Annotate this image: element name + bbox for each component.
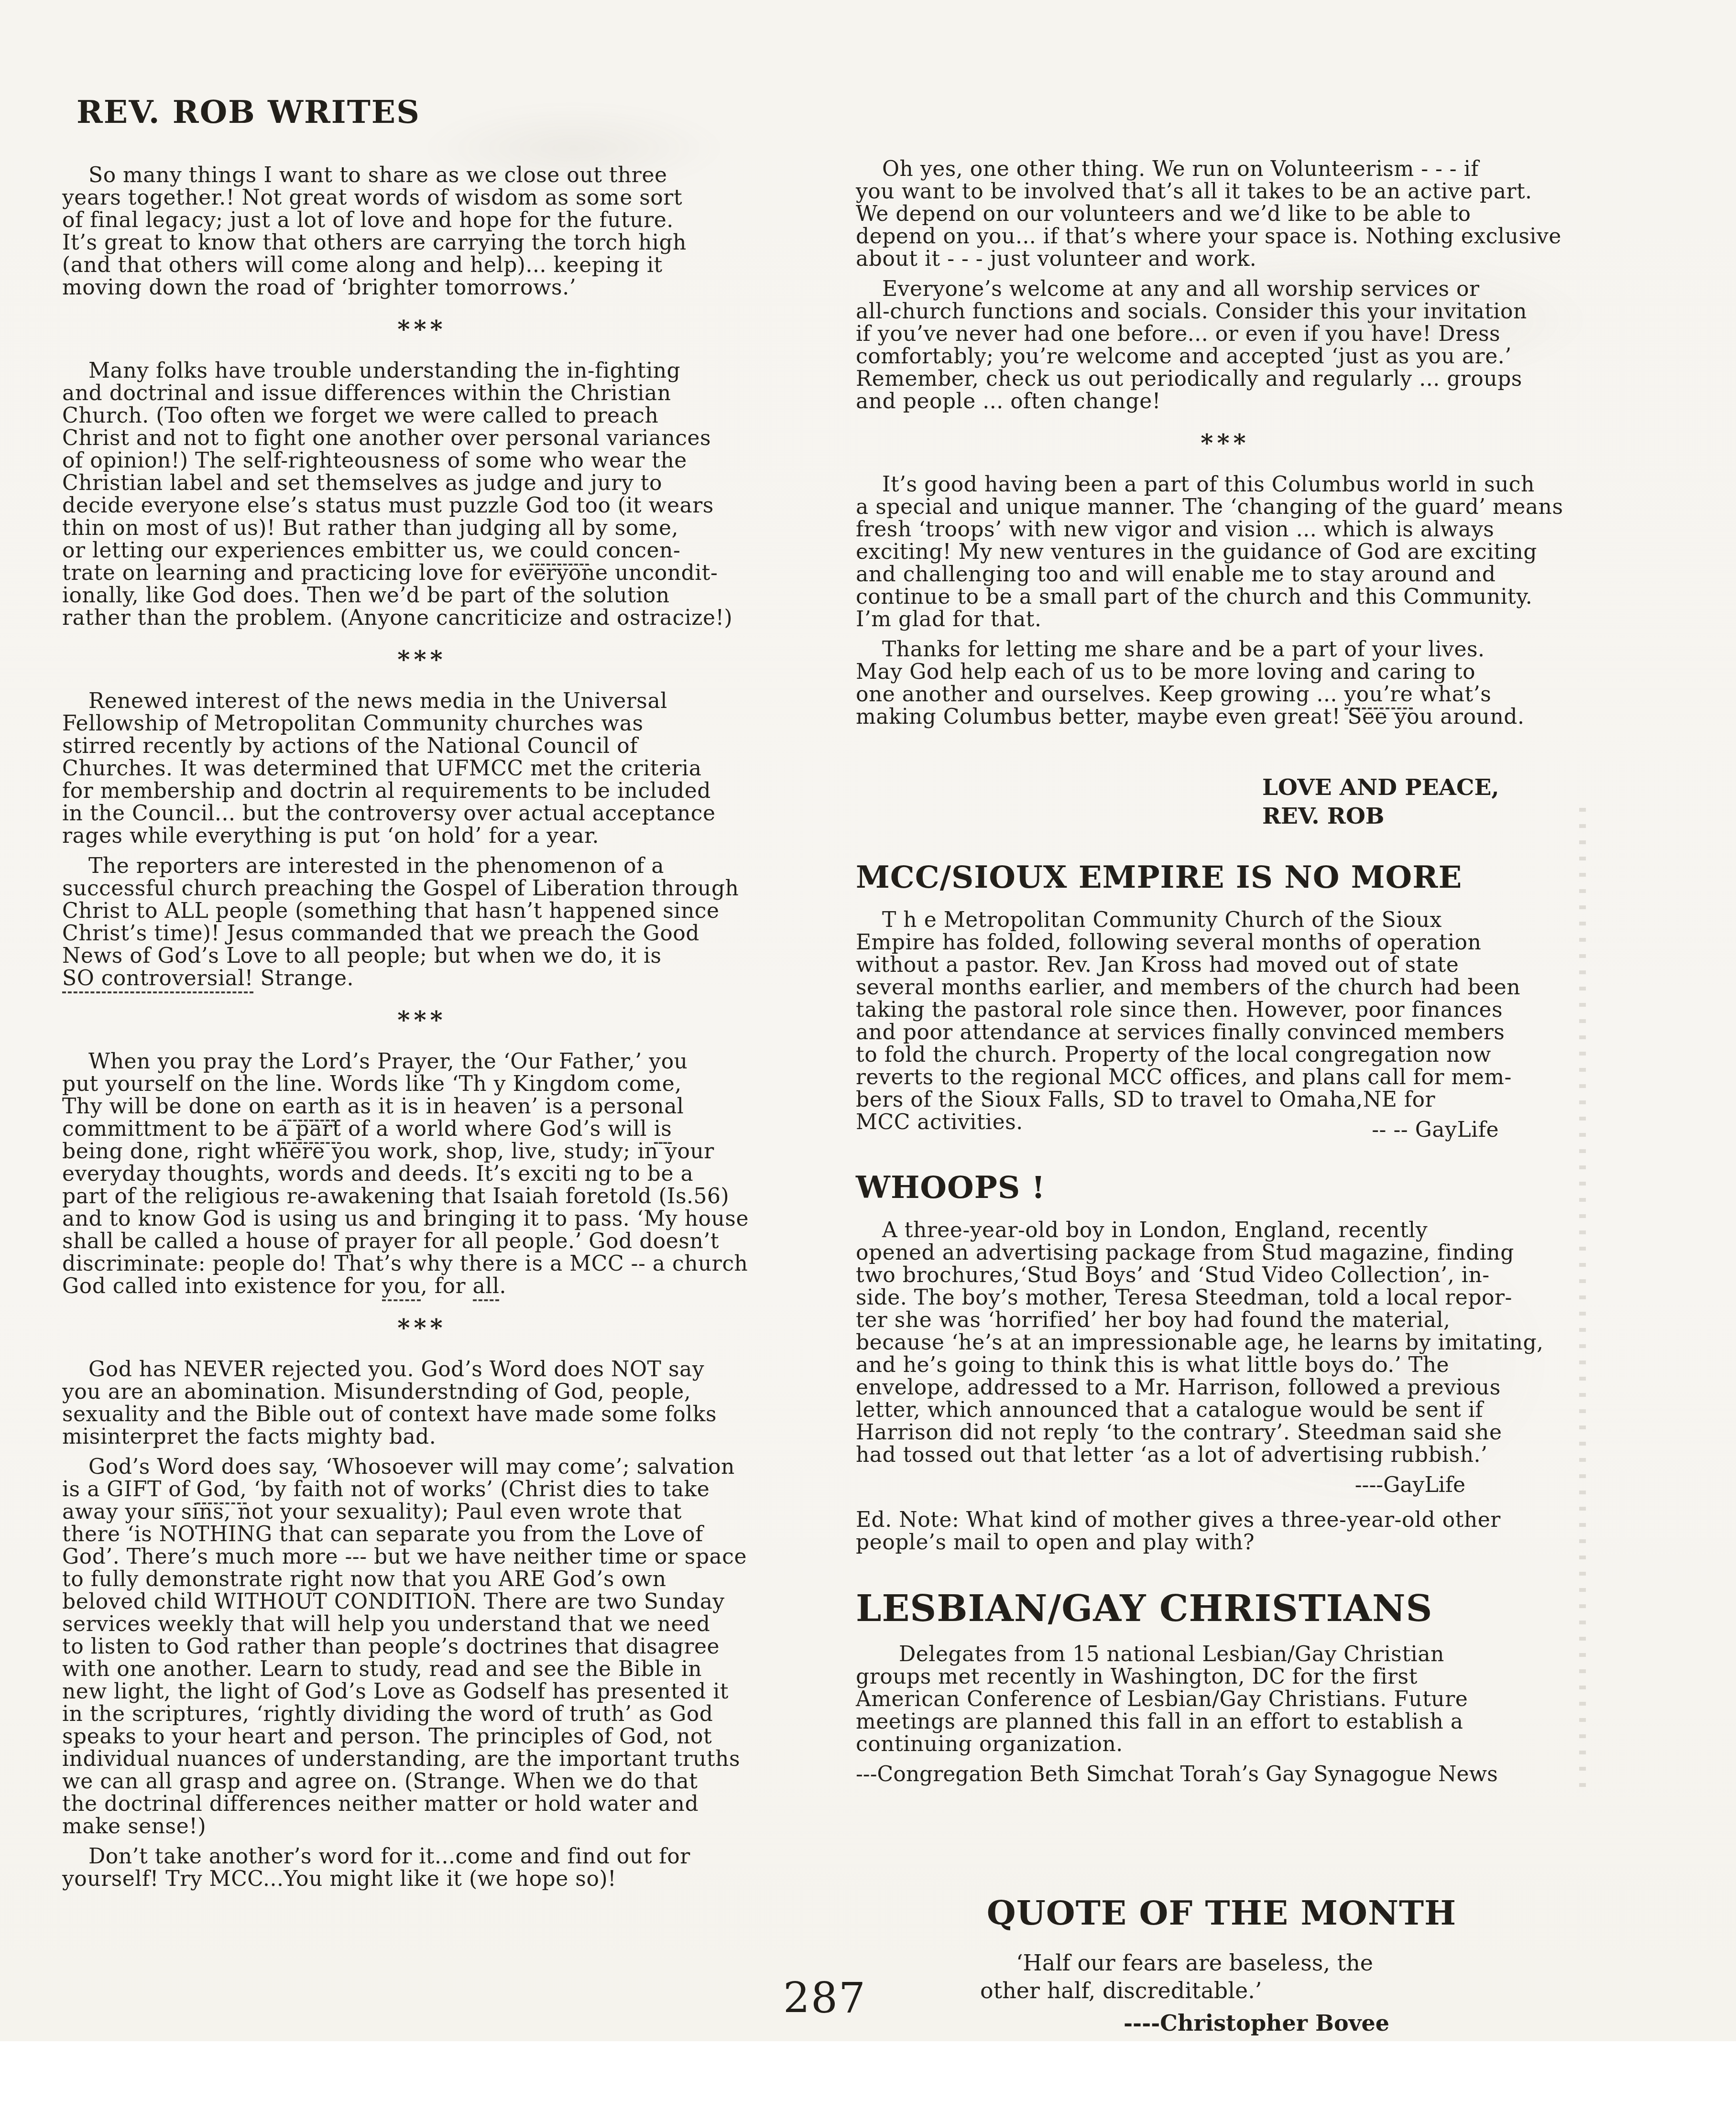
left-column: REV. ROB WRITES So many things I want to… [62,93,782,1898]
page-number: 287 [783,1973,866,2023]
asterisk-separator: *** [62,318,782,340]
asterisk-separator: *** [62,1009,782,1031]
volunteerism-paragraph: Oh yes, one other thing. We run on Volun… [856,158,1594,270]
congregation-attribution: ---Congregation Beth Simchat Torah’s Gay… [856,1763,1594,1785]
signoff-block: LOVE AND PEACE, REV. ROB [856,773,1594,831]
whoops-heading: WHOOPS ! [856,1170,1594,1206]
editor-note: Ed. Note: What kind of mother gives a th… [856,1509,1594,1554]
sioux-empire-body: T h e Metropolitan Community Church of t… [856,909,1594,1133]
rev-rob-paragraph-7: God’s Word does say, ‘Whosoever will may… [62,1456,782,1838]
asterisk-separator: *** [856,432,1594,454]
asterisk-separator: *** [62,1317,782,1339]
signoff-love-and-peace: LOVE AND PEACE, [1262,773,1594,802]
whoops-gaylife-attribution: ----GayLife [856,1474,1594,1496]
signoff-rev-rob: REV. ROB [1262,802,1594,831]
rev-rob-paragraph-6: God has NEVER rejected you. God’s Word d… [62,1358,782,1448]
whoops-body: A three-year-old boy in London, England,… [856,1219,1594,1466]
rev-rob-paragraph-8: Don’t take another’s word for it...come … [62,1845,782,1890]
scanned-newsletter-page: REV. ROB WRITES So many things I want to… [0,0,1736,2111]
rev-rob-writes-heading: REV. ROB WRITES [76,93,782,131]
quote-of-the-month-block: QUOTE OF THE MONTH ‘Half our fears are b… [980,1893,1463,2037]
quote-attribution: ----Christopher Bovee [980,2009,1463,2037]
sioux-empire-heading: MCC/SIOUX EMPIRE IS NO MORE [856,860,1594,895]
asterisk-separator: *** [62,648,782,671]
rev-rob-paragraph-1: So many things I want to share as we clo… [62,164,782,299]
lesbian-gay-christians-body: Delegates from 15 national Lesbian/Gay C… [856,1643,1594,1755]
quote-line-1: ‘Half our fears are baseless, the [980,1949,1463,1977]
thanks-paragraph: Thanks for letting me share and be a par… [856,638,1594,728]
rev-rob-paragraph-2: Many folks have trouble understanding th… [62,359,782,629]
columbus-paragraph: It’s good having been a part of this Col… [856,473,1594,631]
lesbian-gay-christians-heading: LESBIAN/GAY CHRISTIANS [856,1587,1594,1630]
rev-rob-paragraph-4: The reporters are interested in the phen… [62,855,782,990]
rev-rob-paragraph-3: Renewed interest of the news media in th… [62,690,782,847]
quote-line-2: other half, discreditable.’ [980,1977,1463,2004]
quote-of-the-month-heading: QUOTE OF THE MONTH [980,1893,1463,1933]
rev-rob-paragraph-5: When you pray the Lord’s Prayer, the ‘Ou… [62,1050,782,1297]
welcome-paragraph: Everyone’s welcome at any and all worshi… [856,278,1594,413]
right-column: Oh yes, one other thing. We run on Volun… [856,158,1594,2037]
